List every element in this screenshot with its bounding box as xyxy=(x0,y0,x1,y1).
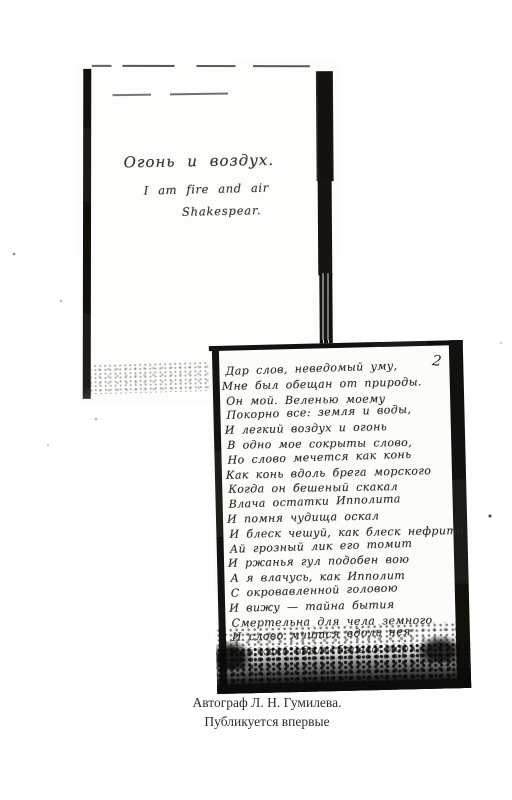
scan-border-left xyxy=(83,69,92,399)
scan-specks xyxy=(0,0,2,2)
scanned-book-page: { "top_manuscript": { "lines": [ "Огонь … xyxy=(0,0,512,800)
scan-border-right-upper xyxy=(316,71,334,181)
scan-border-right-lower xyxy=(319,273,333,347)
bottom-manuscript-photo: 2 Дар слов, неведомый уму, Мне был обеща… xyxy=(209,340,471,694)
photo-caption: Автограф Л. Н. Гумилева. Публикуется впе… xyxy=(142,693,392,731)
scan-border-right-middle xyxy=(318,179,333,275)
scan-streak-top xyxy=(92,65,310,67)
handwriting-quote-line: I am fire and air xyxy=(144,181,269,198)
scan-blob-left xyxy=(216,629,263,670)
handwriting-title-line: Огонь и воздух. xyxy=(123,151,274,172)
handwritten-poem: Дар слов, неведомый уму, Мне был обещан … xyxy=(225,359,462,660)
handwriting-attribution-line: Shakespear. xyxy=(182,203,262,219)
caption-line-1: Автограф Л. Н. Гумилева. xyxy=(142,693,392,712)
scan-streak-second xyxy=(103,92,263,96)
scan-blob-right xyxy=(406,624,463,663)
caption-line-2: Публикуется впервые xyxy=(142,712,392,731)
